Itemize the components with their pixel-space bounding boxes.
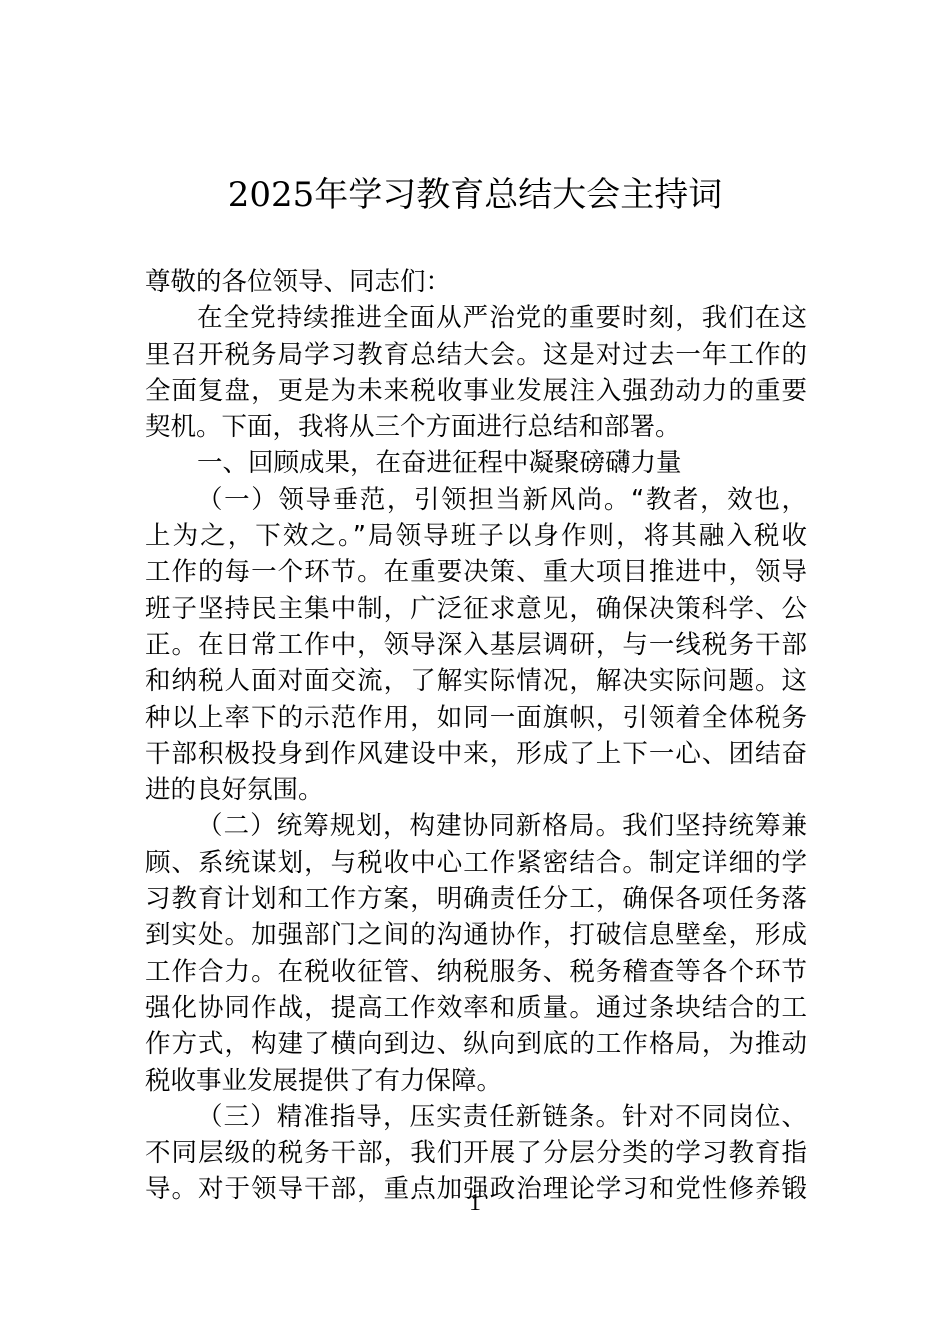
document-page: 2025年学习教育总结大会主持词 尊敬的各位领导、同志们： 在全党持续推进全面从… — [0, 0, 950, 1344]
body-line: 不同层级的税务干部，我们开展了分层分类的学习教育指 — [145, 1135, 807, 1171]
body-line: 和纳税人面对面交流，了解实际情况，解决实际问题。这 — [145, 663, 807, 699]
body-line: 进的良好氛围。 — [145, 772, 807, 808]
document-title: 2025年学习教育总结大会主持词 — [0, 172, 950, 218]
body-line: 全面复盘，更是为未来税收事业发展注入强劲动力的重要 — [145, 373, 807, 409]
body-line: 正。在日常工作中，领导深入基层调研，与一线税务干部 — [145, 627, 807, 663]
body-line: 强化协同作战，提高工作效率和质量。通过条块结合的工 — [145, 990, 807, 1026]
section-heading: 一、回顾成果，在奋进征程中凝聚磅礴力量 — [145, 445, 807, 481]
body-line: 工作合力。在税收征管、纳税服务、税务稽查等各个环节 — [145, 954, 807, 990]
body-line: 顾、系统谋划，与税收中心工作紧密结合。制定详细的学 — [145, 845, 807, 881]
body-line: 种以上率下的示范作用，如同一面旗帜，引领着全体税务 — [145, 700, 807, 736]
body-line: 税收事业发展提供了有力保障。 — [145, 1063, 807, 1099]
body-line: 习教育计划和工作方案，明确责任分工，确保各项任务落 — [145, 881, 807, 917]
body-line: 契机。下面，我将从三个方面进行总结和部署。 — [145, 409, 807, 445]
subsection-heading-line: （二）统筹规划，构建协同新格局。我们坚持统筹兼 — [145, 808, 807, 844]
body-line: 里召开税务局学习教育总结大会。这是对过去一年工作的 — [145, 337, 807, 373]
body-line: 作方式，构建了横向到边、纵向到底的工作格局，为推动 — [145, 1026, 807, 1062]
greeting-line: 尊敬的各位领导、同志们： — [145, 264, 807, 300]
body-line: 上为之，下效之。”局领导班子以身作则，将其融入税收 — [145, 518, 807, 554]
page-number: 1 — [0, 1188, 950, 1218]
body-line: 班子坚持民主集中制，广泛征求意见，确保决策科学、公 — [145, 591, 807, 627]
body-line: 到实处。加强部门之间的沟通协作，打破信息壁垒，形成 — [145, 917, 807, 953]
body-line: 在全党持续推进全面从严治党的重要时刻，我们在这 — [145, 300, 807, 336]
body-line: 工作的每一个环节。在重要决策、重大项目推进中，领导 — [145, 554, 807, 590]
subsection-heading-line: （一）领导垂范，引领担当新风尚。“教者，效也， — [145, 482, 807, 518]
body-line: 干部积极投身到作风建设中来，形成了上下一心、团结奋 — [145, 736, 807, 772]
subsection-heading-line: （三）精准指导，压实责任新链条。针对不同岗位、 — [145, 1099, 807, 1135]
document-body: 尊敬的各位领导、同志们： 在全党持续推进全面从严治党的重要时刻，我们在这 里召开… — [145, 264, 807, 1208]
